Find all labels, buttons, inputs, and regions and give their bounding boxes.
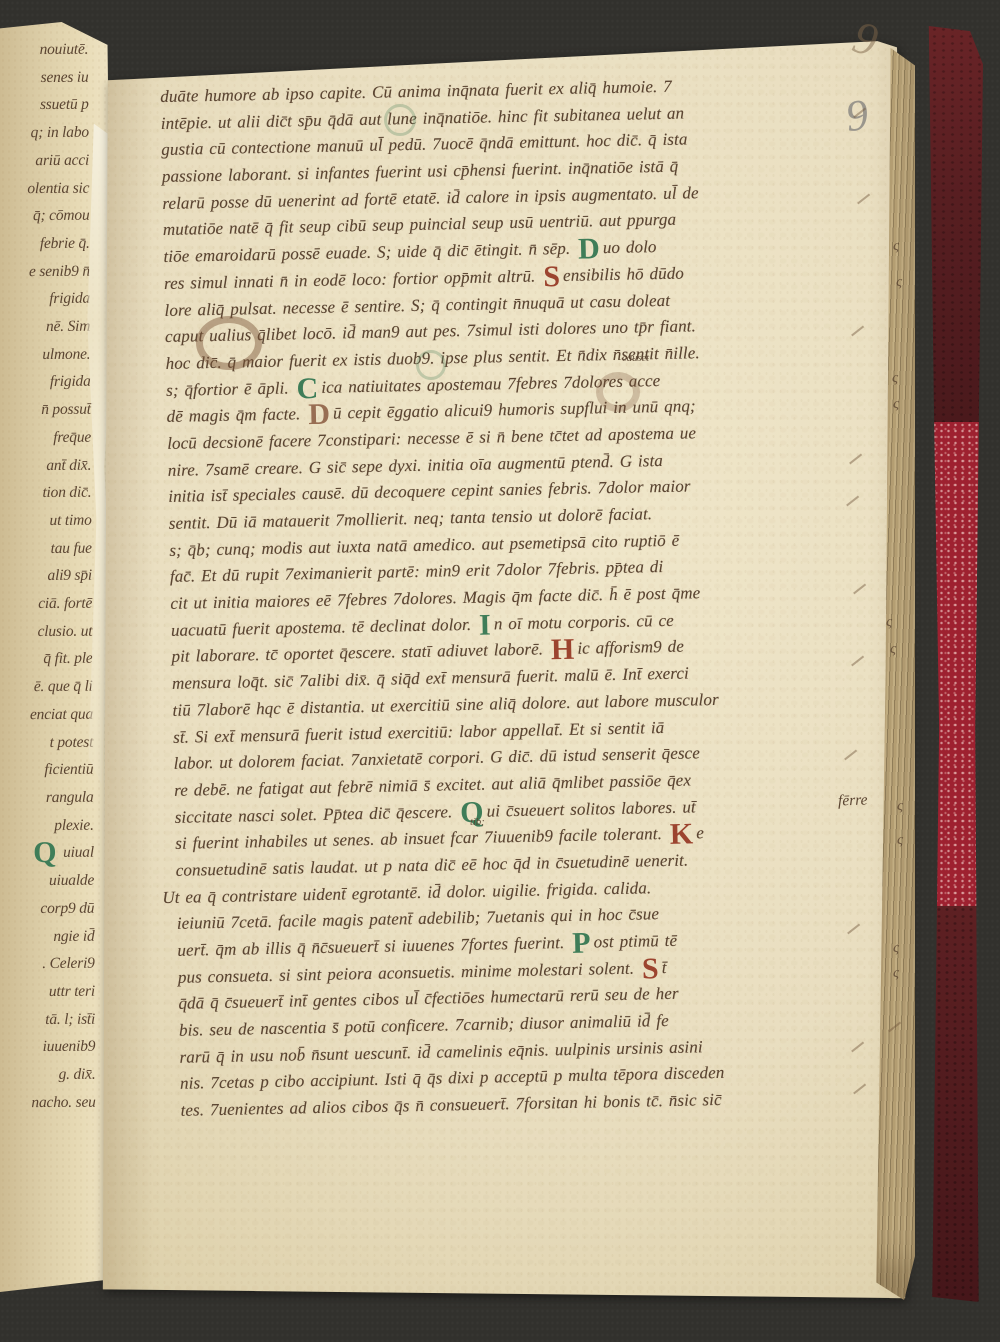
line-text: uacuatū fuerit apostema. tē declinat dol… xyxy=(171,614,477,639)
line-text: ū cepit ēggatio alicui9 humoris supflui … xyxy=(333,397,696,423)
line-text: n oī motu corporis. cū ce xyxy=(494,611,674,634)
line-text: siccitate nasci solet. Pp̄tea dic̄ q̄esc… xyxy=(175,802,459,827)
line-text: uert̄. q̄m ab illis q̄ n̄c̄sueuert̄ si i… xyxy=(177,933,570,960)
manuscript-text-block: duāte humore ab ipso capite. Cū anima in… xyxy=(160,70,859,1124)
line-text: sentit. Dū iā matauerit 7mollierit. neq;… xyxy=(169,504,653,533)
line-text: tiōe emaroidarū possē euade. S; uide q̄ … xyxy=(163,239,576,266)
line-text: res simul innati n̄ in eodē loco: fortio… xyxy=(164,266,542,293)
line-text: dē magis q̄m facte. xyxy=(166,404,306,426)
line-text: ica natiuitates apostemau 7febres 7dolor… xyxy=(321,371,660,397)
line-text: ui c̄sueuert solitos labores. ut̄ xyxy=(486,797,696,820)
line-text: uo dolo xyxy=(603,237,657,257)
line-text: pus consueta. si sint peiora aconsuetis.… xyxy=(178,958,640,986)
line-text: ic afforism9 de xyxy=(577,637,684,658)
line-text: e xyxy=(696,823,704,842)
manuscript-photo: nouiutē.senes iussuetū pq; in laboariū a… xyxy=(0,0,1000,1342)
line-text: pit laborare. tc̄ oportet q̄escere. stat… xyxy=(171,640,549,667)
line-text: ost ptimū tē xyxy=(593,931,677,952)
line-text: s; q̄fortior ē āpli. xyxy=(166,378,295,400)
line-text: t̄ xyxy=(662,958,667,977)
line-text: ensibilis hō dūdo xyxy=(563,263,684,284)
